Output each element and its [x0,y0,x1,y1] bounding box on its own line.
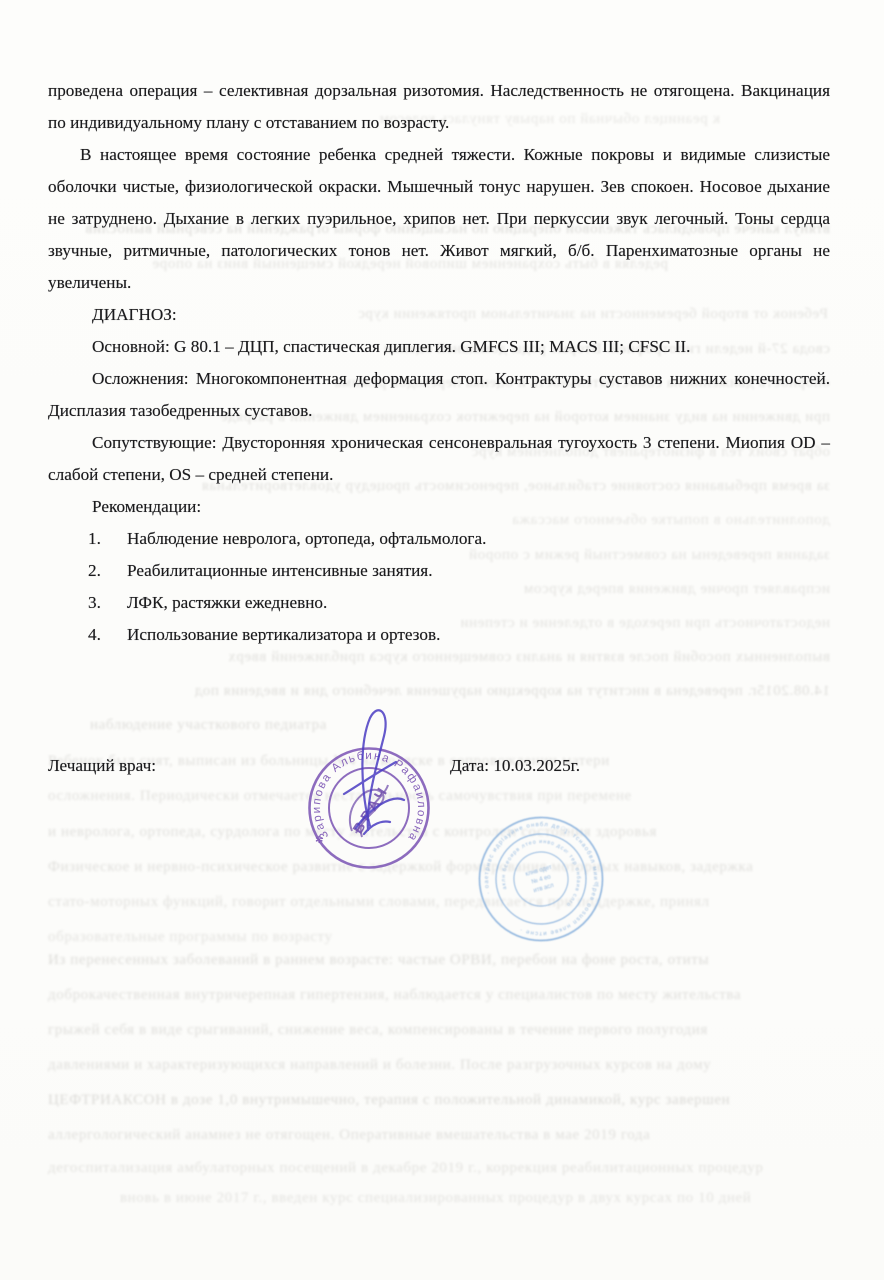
document-page: к реаницел обычнай по нарыву тянулась ко… [0,0,884,1280]
recommendations-heading: Рекомендации: [48,491,830,523]
recommendation-text: Наблюдение невролога, ортопеда, офтальмо… [127,523,830,555]
bleedthrough-line: выполненных пособий после взятия и анали… [48,649,830,666]
doctor-signature [316,706,446,856]
recommendation-text: Использование вертикализатора и ортезов. [127,619,830,651]
diagnosis-main: Основной: G 80.1 – ДЦП, спастическая дип… [48,331,830,363]
recommendation-item: 1. Наблюдение невролога, ортопеда, офтал… [48,523,830,555]
paragraph-continued: проведена операция – селективная дорзаль… [48,75,830,139]
recommendation-item: 3. ЛФК, растяжки ежедневно. [48,587,830,619]
bleedthrough-line: образовательные программы по возрасту [48,929,548,946]
bleedthrough-line: дегоспитализация амбулаторных посещений … [48,1160,830,1177]
diagnosis-concomitant: Сопутствующие: Двусторонняя хроническая … [48,427,830,491]
recommendation-number: 3. [88,587,127,619]
bleedthrough-line: доброкачественная внутричерепная гиперте… [48,987,830,1004]
recommendation-number: 4. [88,619,127,651]
doctor-label: Лечащий врач: [48,756,156,775]
bleedthrough-line: вновь в июне 2017 г., введен курс специа… [120,1190,760,1207]
paragraph-status: В настоящее время состояние ребенка сред… [48,139,830,299]
bleedthrough-line: грыжей себя в виде срыгиваний, снижение … [48,1022,830,1039]
recommendation-item: 4. Использование вертикализатора и ортез… [48,619,830,651]
recommendation-item: 2. Реабилитационные интенсивные занятия. [48,555,830,587]
bleedthrough-line: ЦЕФТРИАКСОН в дозе 1,0 внутримышечно, те… [48,1092,830,1109]
bleedthrough-line: давлениями и характеризующихся направлен… [48,1057,830,1074]
recommendation-number: 1. [88,523,127,555]
bleedthrough-line: 14.08.2015г. переведена в институт на ко… [48,683,830,700]
date-label: Дата: 10.03.2025г. [450,750,580,782]
diagnosis-complications: Осложнения: Многокомпонентная деформация… [48,363,830,427]
document-body: проведена операция – селективная дорзаль… [48,75,830,651]
recommendation-text: Реабилитационные интенсивные занятия. [127,555,830,587]
recommendation-number: 2. [88,555,127,587]
bleedthrough-line: стато-моторных функций, говорит отдельны… [48,894,748,911]
bleedthrough-line: Из перенесенных заболеваний в раннем воз… [48,952,830,969]
diagnosis-heading: ДИАГНОЗ: [48,299,830,331]
recommendation-text: ЛФК, растяжки ежедневно. [127,587,830,619]
bleedthrough-line: аллергологический анамнез не отягощен. О… [48,1127,830,1144]
